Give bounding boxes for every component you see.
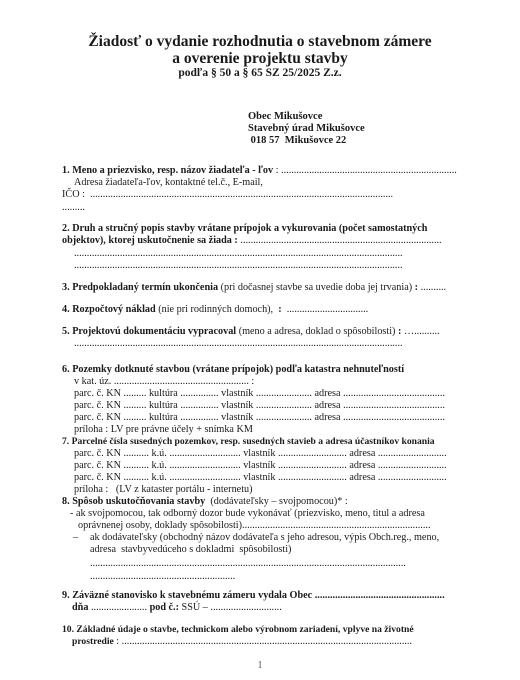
section-1-label: 1. Meno a priezvisko, resp. názov žiadat… xyxy=(62,165,273,176)
section-3-note: (pri dočasnej stavbe sa uvedie doba jej … xyxy=(218,282,415,293)
contractor-option-line1: ak dodávateľsky (obchodný názov dodávate… xyxy=(90,532,439,544)
neighbor-parcel-row[interactable]: parc. č. KN .......... k.ú. ............… xyxy=(74,460,447,472)
section-3-label: 3. Predpokladaný termín ukončenia xyxy=(62,282,218,293)
reference-label: pod č.: xyxy=(150,602,179,613)
contractor-option-dash: – xyxy=(73,532,78,544)
section-9-line2: dňa ...................... pod č.: SSÚ –… xyxy=(72,602,282,614)
document-subtitle: podľa § 50 a § 65 SZ 25/2025 Z.z. xyxy=(0,67,520,80)
date-field[interactable]: ...................... xyxy=(88,602,149,613)
section-7-attachment: príloha : (LV z kataster portálu - inter… xyxy=(74,484,253,496)
section-5-project-docs: 5. Projektovú dokumentáciu vypracoval (m… xyxy=(62,326,440,338)
ico-field[interactable]: IČO : ..................................… xyxy=(62,189,393,201)
section-4-note: (nie pri rodinných domoch), xyxy=(156,304,279,315)
section-8-note: (dodávateľsky – svojpomocou)* : xyxy=(205,496,348,507)
issuing-municipality-field[interactable]: ........................................… xyxy=(312,590,444,601)
document-title-line1: Žiadosť o vydanie rozhodnutia o stavebno… xyxy=(0,33,520,50)
contractor-field-2[interactable]: ........................................… xyxy=(90,571,235,583)
applicant-name-field[interactable]: : ......................................… xyxy=(273,165,457,176)
completion-date-field[interactable]: .......... xyxy=(418,282,446,293)
section-2-label-line2: objektov), ktorej uskutočnenie sa žiada … xyxy=(62,235,238,246)
document-page: Žiadosť o vydanie rozhodnutia o stavebno… xyxy=(0,0,520,680)
section-2-label-line1: 2. Druh a stručný popis stavby vrátane p… xyxy=(62,223,427,235)
recipient-office: Stavebný úrad Mikušovce xyxy=(248,123,365,135)
section-7-label: 7. Parcelné čísla susedných pozemkov, re… xyxy=(62,436,435,448)
section-10-label-line2: prostredie xyxy=(72,636,114,647)
section-2-line2: objektov), ktorej uskutočnenie sa žiada … xyxy=(62,235,442,247)
self-help-supervisor-field[interactable]: oprávnenej osoby, doklady spôsobilosti).… xyxy=(78,520,431,532)
section-8-label: 8. Spôsob uskutočňovania stavby xyxy=(62,496,205,507)
section-4-budget: 4. Rozpočtový náklad (nie pri rodinných … xyxy=(62,304,368,316)
recipient-address: 018 57 Mikušovce 22 xyxy=(248,135,346,147)
parcel-row[interactable]: parc. č. KN ......... kultúra ..........… xyxy=(74,400,445,412)
contractor-option-line2: adresa stavbyvedúceho s dokladmi spôsobi… xyxy=(90,544,291,556)
section-3-completion: 3. Predpokladaný termín ukončenia (pri d… xyxy=(62,282,446,294)
section-5-label: 5. Projektovú dokumentáciu vypracoval xyxy=(62,326,236,337)
neighbor-parcel-row[interactable]: parc. č. KN .......... k.ú. ............… xyxy=(74,448,447,460)
section-9-label: 9. Záväzné stanovisko k stavebnému zámer… xyxy=(62,590,312,601)
parcel-row[interactable]: parc. č. KN ......... kultúra ..........… xyxy=(74,388,445,400)
section-2-continuation-1[interactable]: ........................................… xyxy=(74,248,403,260)
section-1-applicant: 1. Meno a priezvisko, resp. názov žiadat… xyxy=(62,165,457,177)
section-10-line2: prostredie : ...........................… xyxy=(72,636,412,648)
environment-field[interactable]: : ......................................… xyxy=(114,636,412,647)
section-8-method: 8. Spôsob uskutočňovania stavby (dodávat… xyxy=(62,496,348,508)
section-5-note: (meno a adresa, doklad o spôsobilosti) xyxy=(236,326,398,337)
section-4-label: 4. Rozpočtový náklad xyxy=(62,304,156,315)
neighbor-parcel-row[interactable]: parc. č. KN .......... k.ú. ............… xyxy=(74,472,447,484)
parcel-row[interactable]: parc. č. KN ......... kultúra ..........… xyxy=(74,412,445,424)
contractor-field-1[interactable]: ........................................… xyxy=(90,558,406,570)
reference-field[interactable]: SSÚ – ............................ xyxy=(179,602,282,613)
budget-field[interactable]: ................................ xyxy=(282,304,369,315)
section-6-label: 6. Pozemky dotknuté stavbou (vrátane prí… xyxy=(62,364,404,376)
designer-field[interactable]: ….......... xyxy=(401,326,439,337)
cadastral-area-field[interactable]: v kat. úz. .............................… xyxy=(74,376,254,388)
page-number: 1 xyxy=(0,660,520,671)
recipient-name: Obec Mikušovce xyxy=(248,111,322,123)
section-9-binding-opinion: 9. Záväzné stanovisko k stavebnému zámer… xyxy=(62,590,445,602)
document-title-line2: a overenie projektu stavby xyxy=(0,50,520,67)
self-help-option-line1: - ak svojpomocou, tak odborný dozor bude… xyxy=(70,508,425,520)
date-label: dňa xyxy=(72,602,88,613)
section-2-continuation-2[interactable]: ........................................… xyxy=(74,260,403,272)
section-1-address-label: Adresa žiadateľa-ľov, kontaktné tel.č., … xyxy=(74,177,263,189)
section-10-label-line1: 10. Základné údaje o stavbe, technickom … xyxy=(62,624,414,636)
section-1-continuation[interactable]: ......... xyxy=(62,202,85,214)
section-5-continuation[interactable]: ........................................… xyxy=(74,338,403,350)
section-6-attachment: príloha : LV pre právne účely + snímka K… xyxy=(74,424,253,436)
construction-description-field[interactable]: ........................................… xyxy=(238,235,442,246)
